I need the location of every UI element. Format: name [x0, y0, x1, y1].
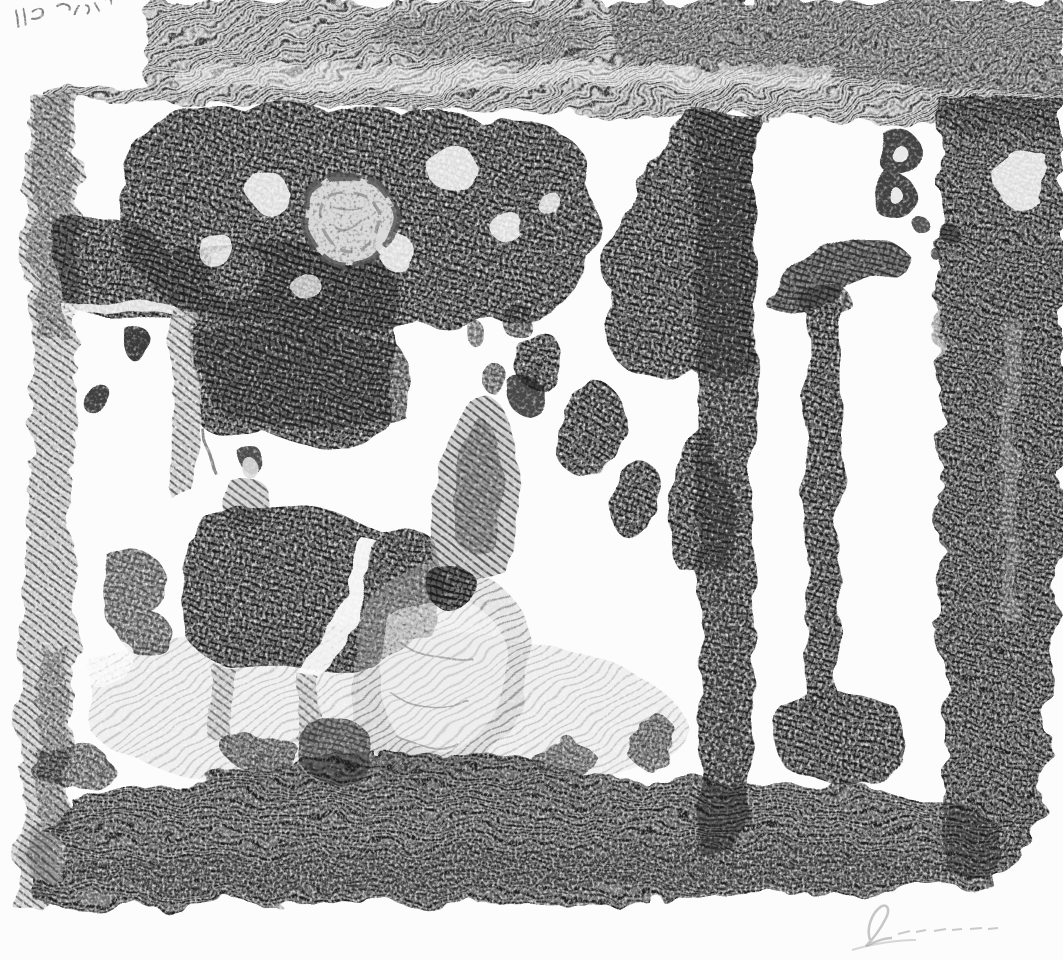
canopy-hole [540, 194, 564, 218]
ground-tongue [628, 712, 676, 772]
mid-foliage-band [199, 329, 412, 426]
canopy-hole [290, 270, 318, 298]
window-eight-hole [890, 143, 906, 161]
post-shaft [804, 302, 842, 714]
ground-tongue [30, 742, 110, 790]
kneeling-head [426, 566, 478, 610]
wreath-disc: Round pale disc ringed in gray inside th… [305, 175, 395, 265]
column-core [705, 160, 745, 832]
dark-column: Heavy dark column dividing the scene rig… [694, 110, 758, 856]
right-border-notch [998, 145, 1048, 209]
leaf-bit [468, 324, 488, 348]
right-border-scallop [923, 296, 941, 364]
window-eight-hole [889, 188, 903, 204]
rider-face [241, 459, 259, 477]
canopy-hole [490, 210, 522, 242]
ground-tongue [226, 732, 298, 772]
canopy-hole [196, 230, 232, 266]
leaf-bit [502, 302, 530, 338]
sky-light-streak [175, 66, 835, 88]
post-base-mound [774, 693, 908, 782]
etching-canvas: Dense diagonal hatched band across the t… [0, 0, 1063, 960]
right-border-scallop [920, 472, 940, 548]
etching-artwork: Dense diagonal hatched band across the t… [0, 0, 1063, 960]
right-border-streak [1002, 320, 1018, 620]
canopy-hole [248, 172, 288, 212]
tower-shadow-strip [168, 302, 196, 498]
canopy-hole [428, 144, 476, 192]
face-mark [913, 219, 931, 233]
right-border-band [936, 96, 1063, 876]
ground-tongue [532, 738, 592, 774]
